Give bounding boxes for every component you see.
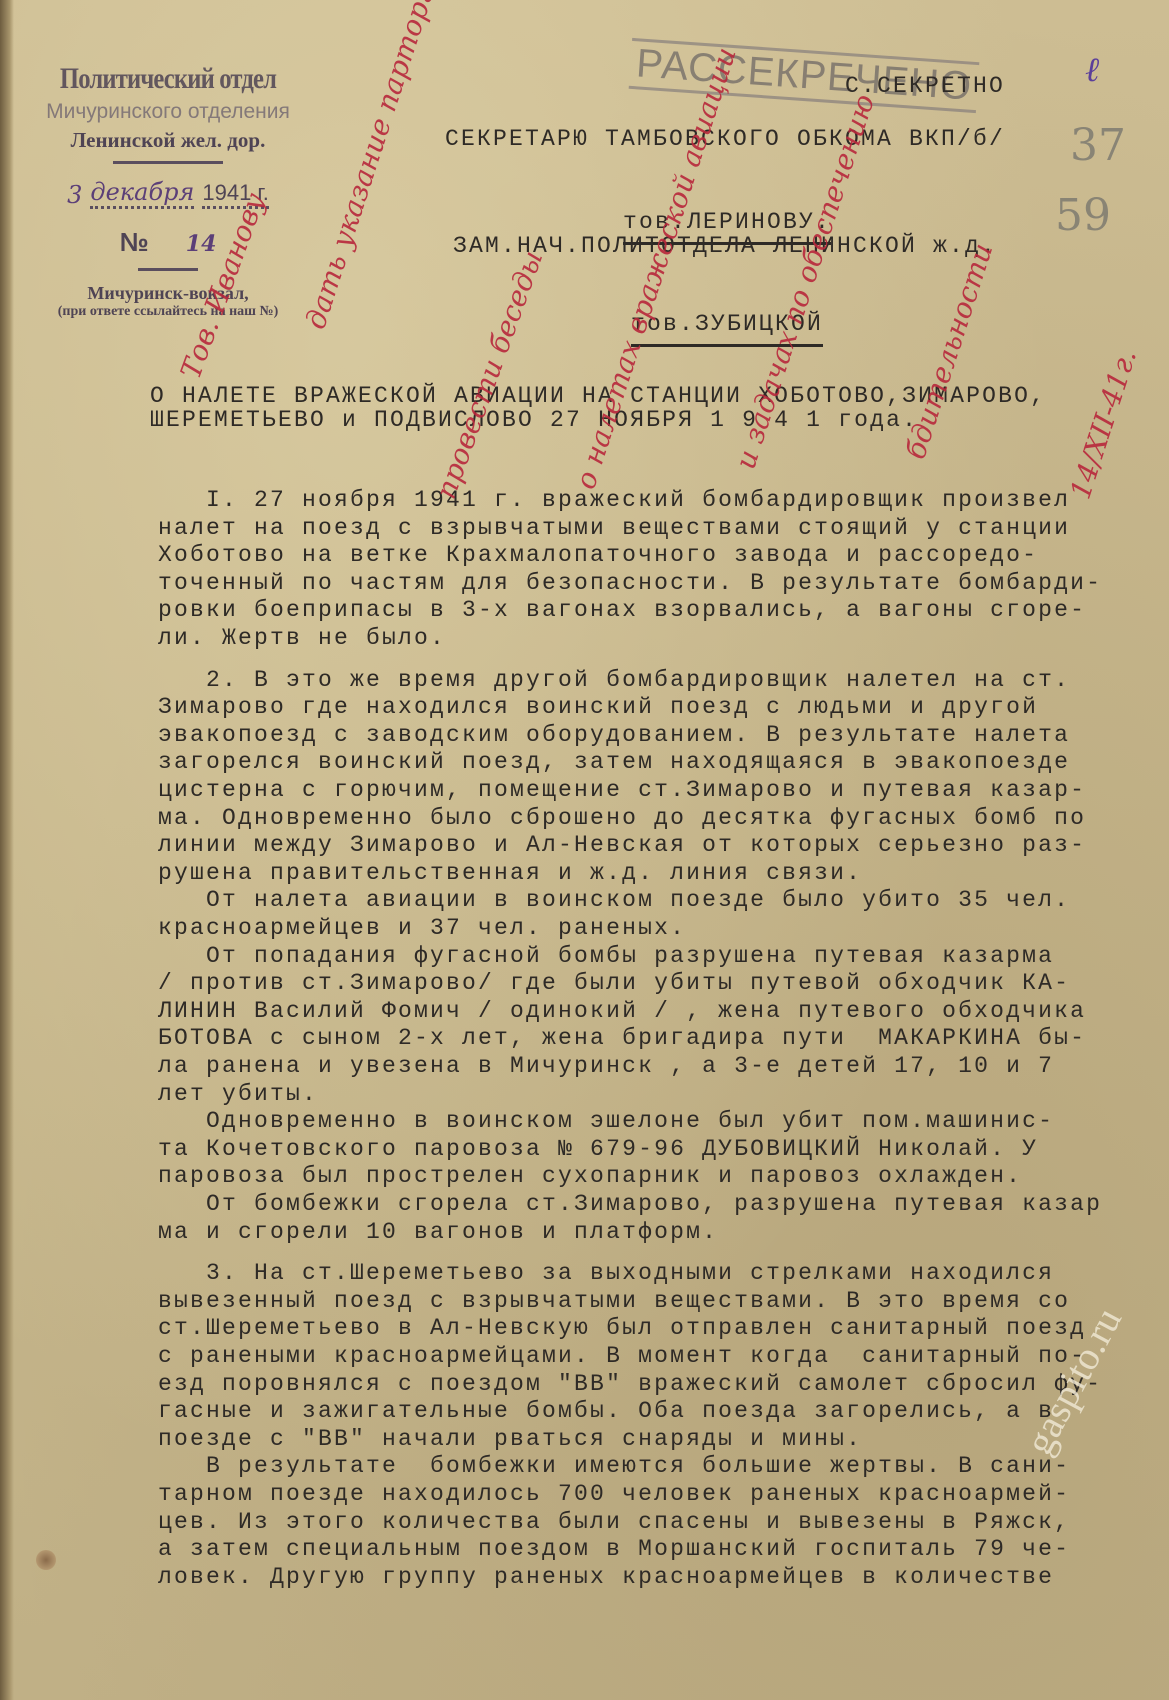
document-title-line-2: ШЕРЕМЕТЬЕВО и ПОДВИСЛОВО 27 НОЯБРЯ 1 9 4…: [150, 406, 918, 434]
stamp-line-5: (при ответе ссылайтесь на наш №): [18, 304, 318, 320]
body-line: линии между Зимарово и Ал-Невская от кот…: [158, 831, 1086, 859]
stamp-date-day: 3: [67, 181, 82, 209]
body-line: Одновременно в воинском эшелоне был убит…: [158, 1107, 1054, 1135]
body-line: езд поровнялся с поездом "ВВ" вражеский …: [158, 1370, 1102, 1398]
body-line: поезде с "ВВ" начали рваться снаряды и м…: [158, 1425, 862, 1453]
archive-number-2: 59: [1055, 190, 1111, 241]
body-line: ст.Шереметьево в Ал-Невскую был отправле…: [158, 1314, 1086, 1342]
stamp-number-value: 14: [186, 231, 217, 257]
body-line: гасные и зажигательные бомбы. Оба поезда…: [158, 1397, 1054, 1425]
body-line: ЛИНИН Василий Фомич / одинокий / , жена …: [158, 997, 1086, 1025]
body-line: ла ранена и увезена в Мичуринск , а 3-е …: [158, 1052, 1054, 1080]
body-line: рушена правительственная и ж.д. линия св…: [158, 859, 862, 887]
stamp-line-2: Мичуринского отделения: [18, 100, 318, 124]
body-line: От бомбежки сгорела ст.Зимарово, разруше…: [158, 1190, 1102, 1218]
stamp-divider: [113, 161, 223, 164]
body-line: красноармейцев и 37 чел. раненых.: [158, 914, 686, 942]
body-line: От налета авиации в воинском поезде было…: [158, 886, 1070, 914]
body-line: ма. Одновременно было сброшено до десятк…: [158, 804, 1086, 832]
body-line: точенный по частям для безопасности. В р…: [158, 569, 1102, 597]
body-line: 2. В это же время другой бомбардировщик …: [158, 666, 1070, 694]
stamp-date-year: 1941 г.: [202, 180, 269, 209]
paper-stain: [36, 1550, 56, 1570]
addressee-1-title: СЕКРЕТАРЮ ТАМБОВСКОГО ОБКОМА ВКП/б/: [425, 125, 1025, 153]
archive-number-1: 37: [1070, 120, 1126, 171]
stamp-line-4: Мичуринск-вокзал,: [18, 283, 318, 304]
stamp-line-1: Политический отдел: [45, 62, 291, 96]
body-line: БОТОВА с сыном 2-х лет, жена бригадира п…: [158, 1024, 1086, 1052]
body-line: вывезенный поезд с взрывчатыми веществам…: [158, 1287, 1070, 1315]
body-line: цистерна с горючим, помещение ст.Зимаров…: [158, 776, 1086, 804]
resolution-date: 14/XII-41г.: [1064, 345, 1143, 503]
violet-scribble-mark: ℓ: [1085, 50, 1099, 90]
body-line: эвакопоезд с заводским оборудованием. В …: [158, 721, 1070, 749]
body-line: ловек. Другую группу раненых красноармей…: [158, 1563, 1054, 1591]
body-line: 3. На ст.Шереметьево за выходными стрелк…: [158, 1259, 1054, 1287]
body-line: загорелся воинский поезд, затем находяща…: [158, 748, 1070, 776]
body-line: с ранеными красноармейцами. В момент ког…: [158, 1342, 1086, 1370]
body-line: I. 27 ноября 1941 г. вражеский бомбардир…: [158, 486, 1070, 514]
body-line: налет на поезд с взрывчатыми веществами …: [158, 514, 1070, 542]
stamp-date-month: декабря: [90, 178, 194, 209]
addressee-2-title: ЗАМ.НАЧ.ПОЛИТОТДЕЛА ЛЕНИНСКОЙ ж.д.: [425, 232, 1025, 260]
stamp-divider-2: [138, 268, 198, 271]
body-line: / против ст.Зимарово/ где были убиты пут…: [158, 969, 1070, 997]
stamp-line-3: Ленинской жел. дор.: [18, 128, 318, 153]
document-page: Политический отдел Мичуринского отделени…: [0, 0, 1169, 1700]
stamp-date: 3 декабря 1941 г.: [18, 178, 318, 209]
body-line: паровоза был прострелен сухопарник и пар…: [158, 1162, 1022, 1190]
body-line: ма и сгорели 10 вагонов и платформ.: [158, 1218, 718, 1246]
stamp-number: № 14: [18, 227, 318, 258]
body-line: В результате бомбежки имеются большие же…: [158, 1452, 1070, 1480]
body-line: лет убиты.: [158, 1080, 318, 1108]
stamp-number-label: №: [120, 227, 149, 257]
paper-edge: [0, 0, 14, 1700]
body-line: тарном поезде находилось 700 человек ран…: [158, 1480, 1070, 1508]
body-line: Хоботово на ветке Крахмалопаточного заво…: [158, 541, 1038, 569]
body-line: ровки боеприпасы в 3-х вагонах взорвалис…: [158, 596, 1086, 624]
body-line: От попадания фугасной бомбы разрушена пу…: [158, 942, 1054, 970]
political-department-stamp: Политический отдел Мичуринского отделени…: [18, 62, 318, 320]
addressee-2-name-wrap: тов.ЗУБИЦКОЙ: [425, 282, 965, 375]
classification-mark: С.СЕКРЕТНО: [845, 72, 1005, 100]
body-line: Зимарово где находился воинский поезд с …: [158, 693, 1038, 721]
body-line: ли. Жертв не было.: [158, 624, 446, 652]
body-line: цев. Из этого количества были спасены и …: [158, 1508, 1070, 1536]
body-line: а затем специальным поездом в Моршанский…: [158, 1535, 1070, 1563]
body-line: та Кочетовского паровоза № 679-96 ДУБОВИ…: [158, 1135, 1038, 1163]
addressee-2-name: тов.ЗУБИЦКОЙ: [631, 310, 823, 347]
